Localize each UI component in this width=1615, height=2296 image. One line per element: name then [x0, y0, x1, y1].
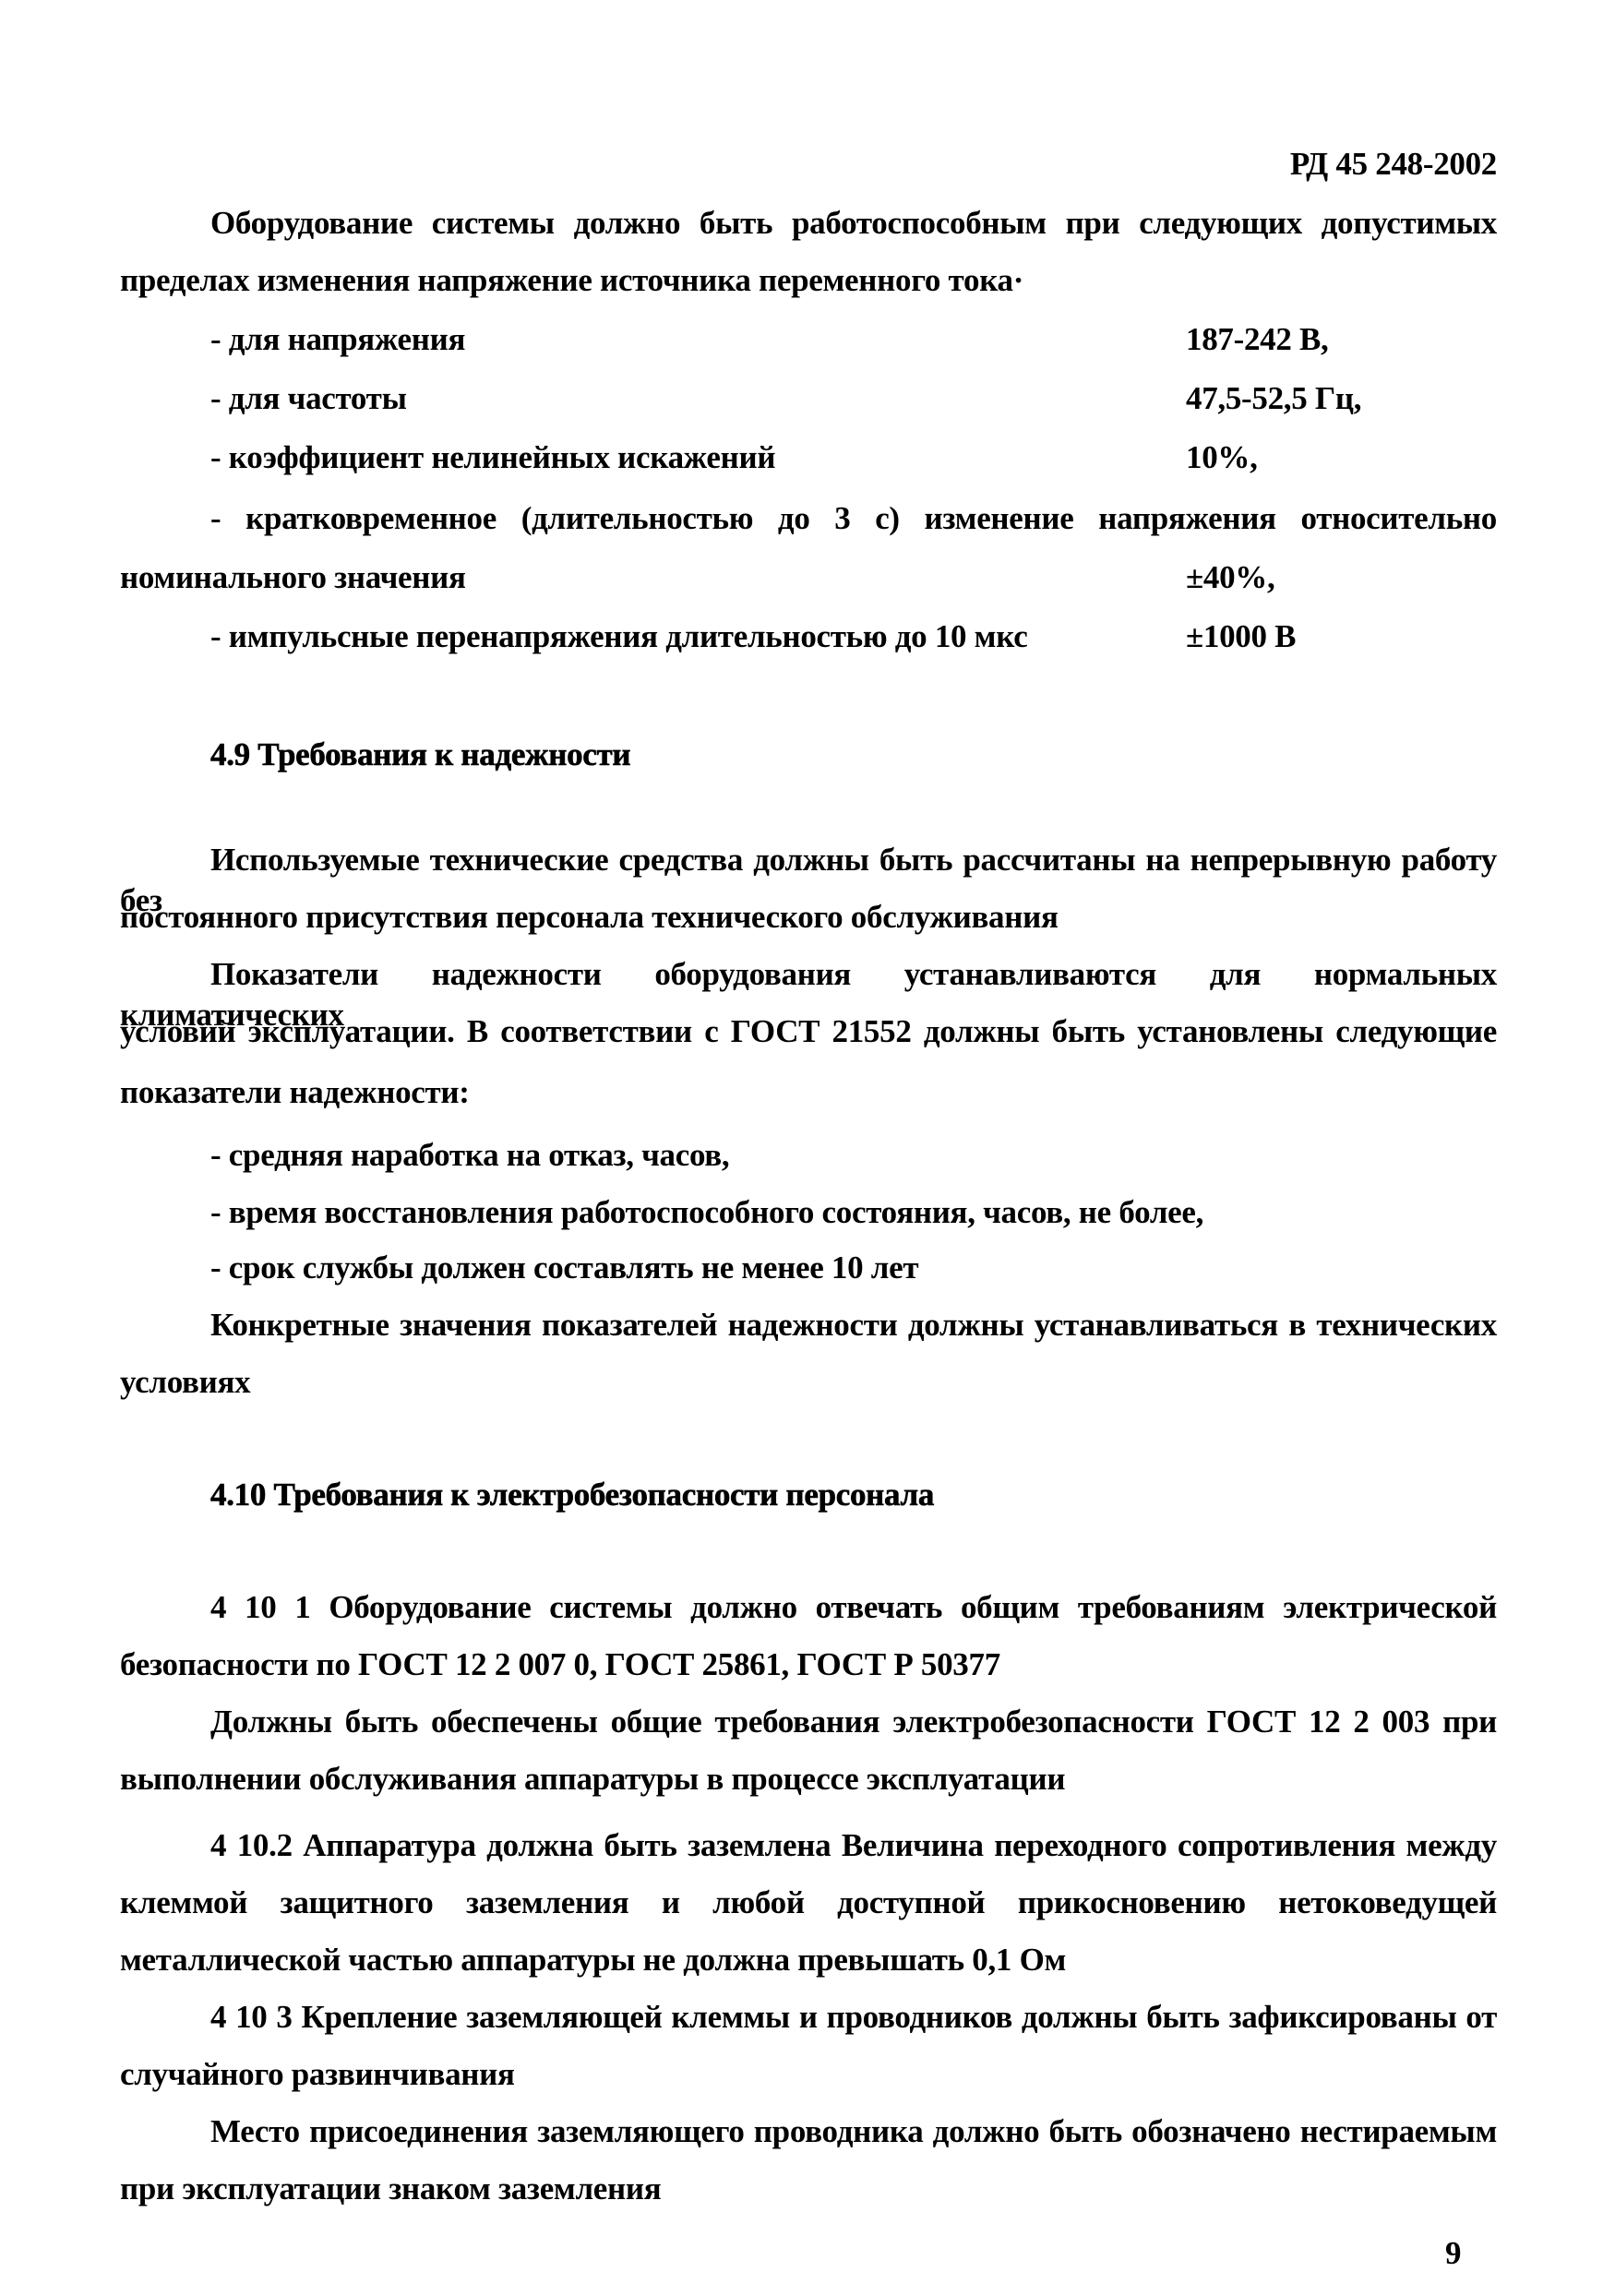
list-item: - средняя наработка на отказ, часов, [120, 1135, 1497, 1176]
paragraph-line: при эксплуатации знаком заземления [120, 2169, 1497, 2209]
spec-label: - импульсные перенапряжения длительность… [210, 618, 1027, 654]
section-heading-4-10: 4.10 Требования к электробезопасности пе… [120, 1475, 1497, 1515]
spec-label: номинального значения [120, 559, 466, 595]
paragraph-line: условий эксплуатации. В соответствии с Г… [120, 1011, 1497, 1052]
paragraph-line: Место присоединения заземляющего проводн… [120, 2111, 1497, 2152]
page-number: 9 [1445, 2233, 1461, 2274]
section-heading-4-9: 4.9 Требования к надежности [120, 735, 1497, 775]
paragraph-line: металлической частью аппаратуры не должн… [120, 1940, 1497, 1980]
doc-code-header: РД 45 248-2002 [120, 144, 1497, 185]
spec-row: номинального значения ±40%, [120, 557, 1497, 598]
spec-value: 47,5-52,5 Гц, [1186, 378, 1361, 419]
spec-row: - для частоты 47,5-52,5 Гц, [120, 378, 1497, 419]
spec-row: - коэффициент нелинейных искажений 10%, [120, 437, 1497, 478]
paragraph-line: клеммой защитного заземления и любой дос… [120, 1883, 1497, 1923]
spec-label: - коэффициент нелинейных искажений [210, 439, 775, 475]
paragraph-line: Должны быть обеспечены общие требования … [120, 1702, 1497, 1742]
spec-label: - для напряжения [210, 321, 465, 357]
spec-value: ±1000 В [1186, 616, 1296, 657]
spec-value: 187-242 В, [1186, 319, 1329, 360]
spec-row: - для напряжения 187-242 В, [120, 319, 1497, 360]
paragraph-line: 4 10.2 Аппаратура должна быть заземлена … [120, 1825, 1497, 1866]
list-item: - срок службы должен составлять не менее… [120, 1248, 1497, 1288]
list-item: - время восстановления работоспособного … [120, 1192, 1497, 1233]
spec-label: - для частоты [210, 380, 407, 416]
spec-value: ±40%, [1186, 557, 1274, 598]
paragraph-line: выполнении обслуживания аппаратуры в про… [120, 1759, 1497, 1800]
spec-row: - импульсные перенапряжения длительность… [120, 616, 1497, 657]
intro-paragraph-line: Оборудование системы должно быть работос… [120, 203, 1497, 244]
paragraph-line: условиях [120, 1362, 1497, 1403]
paragraph-line: показатели надежности: [120, 1072, 1497, 1113]
paragraph-line: Конкретные значения показателей надежнос… [120, 1305, 1497, 1345]
paragraph-line: 4 10 1 Оборудование системы должно отвеч… [120, 1587, 1497, 1628]
paragraph-line: постоянного присутствия персонала технич… [120, 897, 1497, 938]
spec-label-wrapped-line: - кратковременное (длительностью до 3 с)… [120, 498, 1497, 539]
intro-paragraph-line: пределах изменения напряжение источника … [120, 260, 1497, 301]
spec-value: 10%, [1186, 437, 1258, 478]
paragraph-line: безопасности по ГОСТ 12 2 007 0, ГОСТ 25… [120, 1644, 1497, 1685]
document-page: РД 45 248-2002 Оборудование системы долж… [0, 0, 1615, 2296]
paragraph-line: 4 10 3 Крепление заземляющей клеммы и пр… [120, 1997, 1497, 2038]
paragraph-line: случайного развинчивания [120, 2054, 1497, 2095]
